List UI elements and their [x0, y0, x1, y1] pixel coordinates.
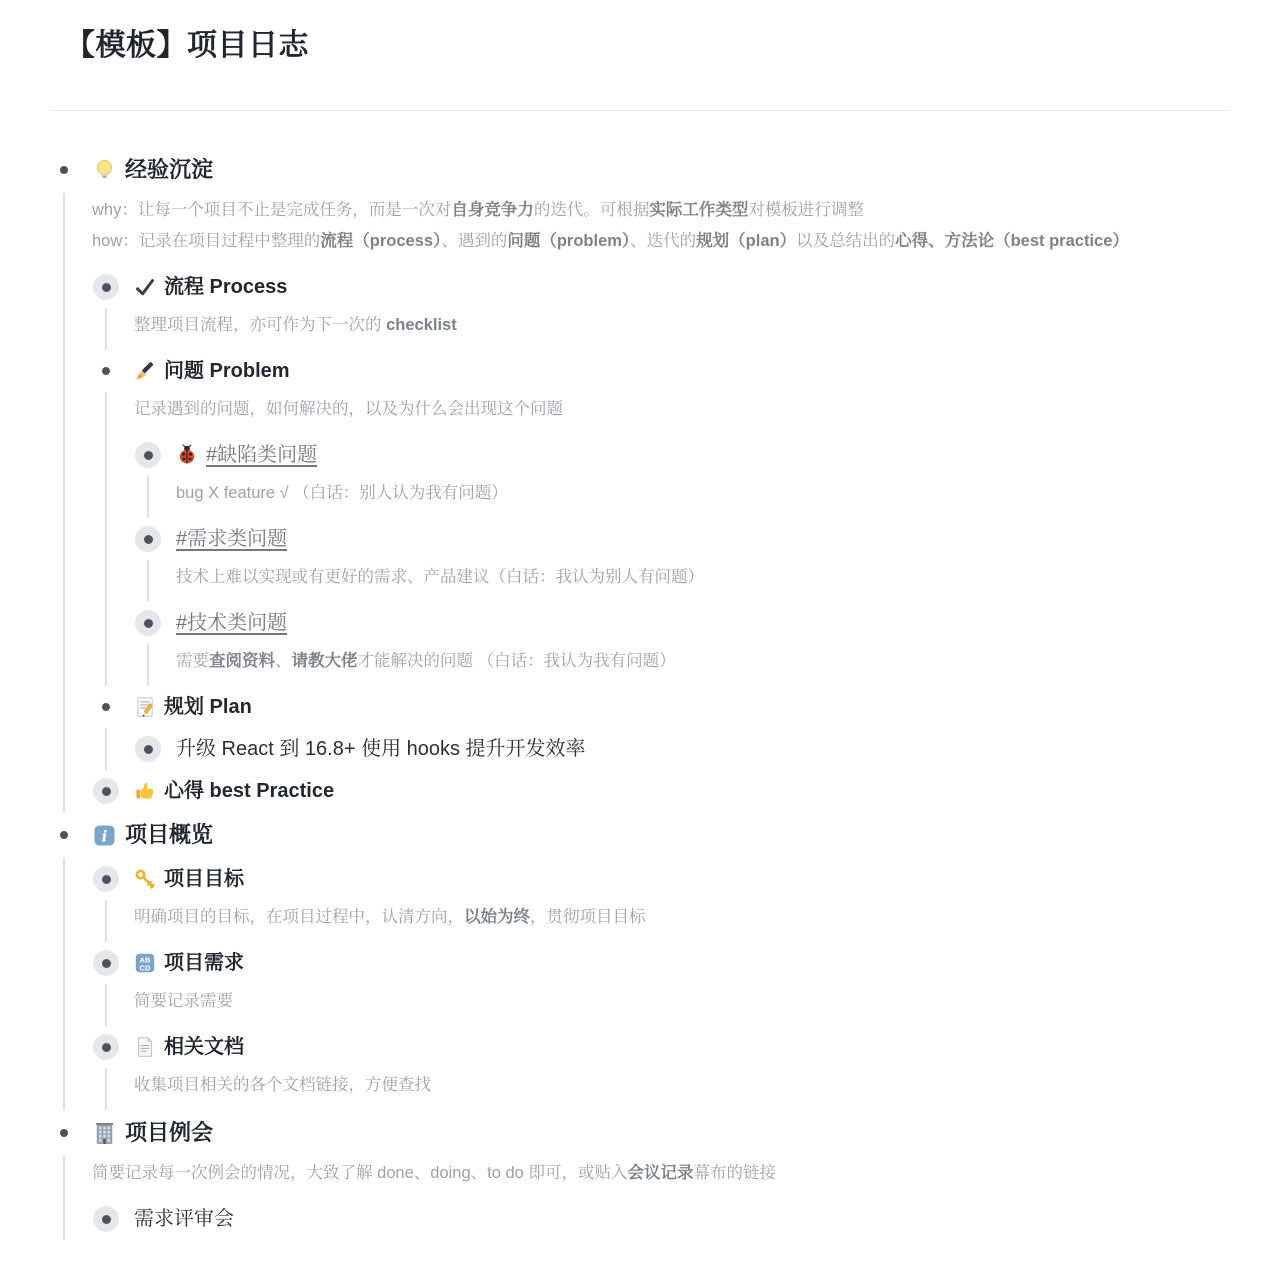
- page-icon: [134, 1036, 156, 1058]
- text-segment: 项目目标: [164, 865, 244, 893]
- outline-node-experience: 经验沉淀why：让每一个项目不止是完成任务，而是一次对自身竞争力的迭代。可根据实…: [50, 147, 1230, 812]
- outline-node-review-meeting: 需求评审会: [92, 1198, 1230, 1240]
- outline-node-plan: 规划 Plan升级 React 到 16.8+ 使用 hooks 提升开发效率: [92, 686, 1230, 770]
- text-segment: 请教大佬: [292, 652, 358, 670]
- node-note-docs[interactable]: 收集项目相关的各个文档链接，方便查找: [134, 1068, 1230, 1110]
- text-segment: 项目需求: [164, 949, 244, 977]
- collapsed-bullet-toggle[interactable]: [93, 1206, 119, 1232]
- text-segment: 收集项目相关的各个文档链接，方便查找: [134, 1076, 431, 1094]
- collapsed-bullet-toggle[interactable]: [135, 736, 161, 762]
- text-segment: 查阅资料: [209, 652, 275, 670]
- node-subtree-overview: 项目目标明确项目的目标，在项目过程中，认清方向，以始为终，贯彻项目目标ABCD项…: [63, 858, 1230, 1110]
- text-segment: why：让每一个项目不止是完成任务，而是一次对: [92, 201, 451, 219]
- svg-text:i: i: [102, 827, 108, 845]
- outline-node-docs: 相关文档收集项目相关的各个文档链接，方便查找: [92, 1026, 1230, 1110]
- text-segment: #缺陷类问题: [206, 441, 317, 469]
- node-subtree-plan: 升级 React 到 16.8+ 使用 hooks 提升开发效率: [105, 728, 1230, 770]
- text-segment: how：记录在项目过程中整理的: [92, 232, 320, 250]
- node-text-experience[interactable]: 经验沉淀: [92, 154, 213, 186]
- node-subtree-problem: 记录遇到的问题，如何解决的，以及为什么会出现这个问题#缺陷类问题bug X fe…: [105, 392, 1230, 686]
- memo-icon: [134, 696, 156, 718]
- node-subtree-technical-tag: 需要查阅资料、请教大佬才能解决的问题 （白话：我认为我有问题）: [147, 644, 1230, 686]
- collapsed-bullet-toggle[interactable]: [135, 610, 161, 636]
- writing-hand-icon: [134, 360, 156, 382]
- text-segment: 自身竞争力: [451, 201, 534, 219]
- node-text-overview[interactable]: i项目概览: [92, 819, 213, 851]
- bullet-dot: [102, 283, 111, 292]
- node-row-goal: 项目目标: [92, 858, 1230, 900]
- text-segment: 项目概览: [125, 819, 213, 851]
- node-note-requirements[interactable]: 简要记录需要: [134, 984, 1230, 1026]
- node-text-meeting[interactable]: 项目例会: [92, 1117, 213, 1149]
- node-row-experience: 经验沉淀: [50, 147, 1230, 193]
- bullet-dot: [102, 875, 111, 884]
- text-segment: 幕布的链接: [693, 1164, 776, 1182]
- text-segment: 问题 Problem: [164, 357, 290, 385]
- key-icon: [134, 868, 156, 890]
- bullet-dot: [102, 787, 111, 796]
- outline-node-process: 流程 Process整理项目流程，亦可作为下一次的 checklist: [92, 266, 1230, 350]
- text-segment: 升级 React 到 16.8+ 使用 hooks 提升开发效率: [176, 735, 586, 763]
- text-segment: 需要: [176, 652, 209, 670]
- collapsed-bullet-toggle[interactable]: [93, 274, 119, 300]
- check-icon: [134, 276, 156, 298]
- text-segment: 规划（plan）: [696, 232, 796, 250]
- svg-text:CD: CD: [140, 963, 151, 972]
- text-segment: 经验沉淀: [125, 154, 213, 186]
- node-row-review-meeting: 需求评审会: [92, 1198, 1230, 1240]
- text-segment: 需求评审会: [134, 1205, 234, 1233]
- text-segment: 、迭代的: [630, 232, 696, 250]
- text-segment: 以始为终: [464, 908, 530, 926]
- thumbs-up-icon: [134, 780, 156, 802]
- text-segment: 明确项目的目标，在项目过程中，认清方向，: [134, 908, 464, 926]
- outline-node-best-practice: 心得 best Practice: [92, 770, 1230, 812]
- text-segment: 相关文档: [164, 1033, 244, 1061]
- text-segment: 简要记录需要: [134, 992, 233, 1010]
- node-row-overview: i项目概览: [50, 812, 1230, 858]
- node-text-react-upgrade[interactable]: 升级 React 到 16.8+ 使用 hooks 提升开发效率: [176, 735, 586, 763]
- text-segment: 会议记录: [627, 1164, 693, 1182]
- node-text-defect-tag[interactable]: #缺陷类问题: [176, 441, 317, 469]
- bullet-dot: [144, 619, 153, 628]
- node-note-problem[interactable]: 记录遇到的问题，如何解决的，以及为什么会出现这个问题: [134, 392, 1230, 434]
- node-text-process[interactable]: 流程 Process: [134, 273, 287, 301]
- node-subtree-meeting: 简要记录每一次例会的情况，大致了解 done、doing、to do 即可，或贴…: [63, 1156, 1230, 1240]
- bullet-dot: [144, 535, 153, 544]
- node-text-plan[interactable]: 规划 Plan: [134, 693, 252, 721]
- node-text-requirement-tag[interactable]: #需求类问题: [176, 525, 287, 553]
- divider: [50, 110, 1230, 111]
- bullet-toggle[interactable]: [50, 821, 78, 849]
- collapsed-bullet-toggle[interactable]: [135, 526, 161, 552]
- outline-node-goal: 项目目标明确项目的目标，在项目过程中，认清方向，以始为终，贯彻项目目标: [92, 858, 1230, 942]
- collapsed-bullet-toggle[interactable]: [135, 442, 161, 468]
- node-note-process[interactable]: 整理项目流程，亦可作为下一次的 checklist: [134, 308, 1230, 350]
- text-segment: bug X feature √ （白话：别人认为我有问题）: [176, 484, 508, 502]
- node-text-best-practice[interactable]: 心得 best Practice: [134, 777, 334, 805]
- text-segment: 、遇到的: [441, 232, 507, 250]
- node-row-process: 流程 Process: [92, 266, 1230, 308]
- node-text-docs[interactable]: 相关文档: [134, 1033, 244, 1061]
- node-row-meeting: 项目例会: [50, 1110, 1230, 1156]
- bullet-toggle[interactable]: [50, 1119, 78, 1147]
- node-note-technical-tag[interactable]: 需要查阅资料、请教大佬才能解决的问题 （白话：我认为我有问题）: [176, 644, 1230, 686]
- text-segment: 对模板进行调整: [748, 201, 864, 219]
- text-segment: #需求类问题: [176, 525, 287, 553]
- text-segment: 流程（process）: [320, 232, 441, 250]
- collapsed-bullet-toggle[interactable]: [93, 866, 119, 892]
- node-row-docs: 相关文档: [92, 1026, 1230, 1068]
- node-row-react-upgrade: 升级 React 到 16.8+ 使用 hooks 提升开发效率: [134, 728, 1230, 770]
- page-title[interactable]: 【模板】项目日志: [65, 0, 1230, 65]
- node-row-defect-tag: #缺陷类问题: [134, 434, 1230, 476]
- node-row-problem: 问题 Problem: [92, 350, 1230, 392]
- outline-node-defect-tag: #缺陷类问题bug X feature √ （白话：别人认为我有问题）: [134, 434, 1230, 518]
- node-text-problem[interactable]: 问题 Problem: [134, 357, 290, 385]
- ladybug-icon: [176, 444, 198, 466]
- node-subtree-docs: 收集项目相关的各个文档链接，方便查找: [105, 1068, 1230, 1110]
- node-note-requirement-tag[interactable]: 技术上难以实现或有更好的需求、产品建议（白话：我认为别人有问题）: [176, 560, 1230, 602]
- node-subtree-requirements: 简要记录需要: [105, 984, 1230, 1026]
- node-subtree-experience: why：让每一个项目不止是完成任务，而是一次对自身竞争力的迭代。可根据实际工作类…: [63, 193, 1230, 812]
- collapsed-bullet-toggle[interactable]: [93, 778, 119, 804]
- node-row-best-practice: 心得 best Practice: [92, 770, 1230, 812]
- node-text-review-meeting[interactable]: 需求评审会: [134, 1205, 234, 1233]
- text-segment: 以及总结出的: [796, 232, 895, 250]
- node-text-goal[interactable]: 项目目标: [134, 865, 244, 893]
- text-segment: ，贯彻项目目标: [530, 908, 646, 926]
- node-note-meeting[interactable]: 简要记录每一次例会的情况，大致了解 done、doing、to do 即可，或贴…: [92, 1156, 1230, 1198]
- node-row-plan: 规划 Plan: [92, 686, 1230, 728]
- node-text-requirements[interactable]: ABCD项目需求: [134, 949, 244, 977]
- node-subtree-goal: 明确项目的目标，在项目过程中，认清方向，以始为终，贯彻项目目标: [105, 900, 1230, 942]
- bulb-icon: [92, 158, 117, 183]
- text-segment: 才能解决的问题 （白话：我认为我有问题）: [358, 652, 676, 670]
- bullet-dot: [60, 1129, 68, 1137]
- node-row-technical-tag: #技术类问题: [134, 602, 1230, 644]
- bullet-dot: [60, 166, 68, 174]
- outline-node-requirements: ABCD项目需求简要记录需要: [92, 942, 1230, 1026]
- office-building-icon: [92, 1121, 117, 1146]
- node-subtree-requirement-tag: 技术上难以实现或有更好的需求、产品建议（白话：我认为别人有问题）: [147, 560, 1230, 602]
- text-segment: 技术上难以实现或有更好的需求、产品建议（白话：我认为别人有问题）: [176, 568, 704, 586]
- outline-node-overview: i项目概览项目目标明确项目的目标，在项目过程中，认清方向，以始为终，贯彻项目目标…: [50, 812, 1230, 1110]
- text-segment: 的迭代。可根据: [534, 201, 650, 219]
- text-segment: 、: [275, 652, 292, 670]
- bullet-dot: [102, 959, 111, 968]
- bullet-dot: [60, 831, 68, 839]
- outline-node-technical-tag: #技术类问题需要查阅资料、请教大佬才能解决的问题 （白话：我认为我有问题）: [134, 602, 1230, 686]
- document-page: 【模板】项目日志 经验沉淀why：让每一个项目不止是完成任务，而是一次对自身竞争…: [0, 0, 1280, 1240]
- text-segment: 流程 Process: [164, 273, 287, 301]
- outline-node-meeting: 项目例会简要记录每一次例会的情况，大致了解 done、doing、to do 即…: [50, 1110, 1230, 1240]
- outline-node-requirement-tag: #需求类问题技术上难以实现或有更好的需求、产品建议（白话：我认为别人有问题）: [134, 518, 1230, 602]
- abcd-icon: ABCD: [134, 952, 156, 974]
- bullet-dot: [102, 367, 110, 375]
- text-segment: 问题（problem）: [507, 232, 630, 250]
- info-icon: i: [92, 823, 117, 848]
- text-segment: 规划 Plan: [164, 693, 252, 721]
- text-segment: 记录遇到的问题，如何解决的，以及为什么会出现这个问题: [134, 400, 563, 418]
- node-note-goal[interactable]: 明确项目的目标，在项目过程中，认清方向，以始为终，贯彻项目目标: [134, 900, 1230, 942]
- node-subtree-defect-tag: bug X feature √ （白话：别人认为我有问题）: [147, 476, 1230, 518]
- outline-node-problem: 问题 Problem记录遇到的问题，如何解决的，以及为什么会出现这个问题#缺陷类…: [92, 350, 1230, 686]
- bullet-toggle[interactable]: [92, 357, 120, 385]
- bullet-toggle[interactable]: [92, 693, 120, 721]
- bullet-dot: [144, 745, 153, 754]
- node-subtree-process: 整理项目流程，亦可作为下一次的 checklist: [105, 308, 1230, 350]
- node-row-requirements: ABCD项目需求: [92, 942, 1230, 984]
- collapsed-bullet-toggle[interactable]: [93, 1034, 119, 1060]
- bullet-dot: [102, 1043, 111, 1052]
- node-text-technical-tag[interactable]: #技术类问题: [176, 609, 287, 637]
- node-row-requirement-tag: #需求类问题: [134, 518, 1230, 560]
- bullet-dot: [102, 1215, 111, 1224]
- text-segment: checklist: [386, 316, 457, 334]
- collapsed-bullet-toggle[interactable]: [93, 950, 119, 976]
- text-segment: 心得、方法论（best practice）: [895, 232, 1129, 250]
- text-segment: 整理项目流程，亦可作为下一次的: [134, 316, 386, 334]
- outline-tree: 经验沉淀why：让每一个项目不止是完成任务，而是一次对自身竞争力的迭代。可根据实…: [50, 147, 1230, 1240]
- bullet-dot: [144, 451, 153, 460]
- text-segment: 简要记录每一次例会的情况，大致了解 done、doing、to do 即可，或贴…: [92, 1164, 627, 1182]
- text-segment: #技术类问题: [176, 609, 287, 637]
- text-segment: 心得 best Practice: [164, 777, 334, 805]
- bullet-toggle[interactable]: [50, 156, 78, 184]
- outline-node-react-upgrade: 升级 React 到 16.8+ 使用 hooks 提升开发效率: [134, 728, 1230, 770]
- text-segment: 实际工作类型: [649, 201, 748, 219]
- node-note-defect-tag[interactable]: bug X feature √ （白话：别人认为我有问题）: [176, 476, 1230, 518]
- text-segment: 项目例会: [125, 1117, 213, 1149]
- node-note-experience[interactable]: why：让每一个项目不止是完成任务，而是一次对自身竞争力的迭代。可根据实际工作类…: [92, 193, 1230, 266]
- bullet-dot: [102, 703, 110, 711]
